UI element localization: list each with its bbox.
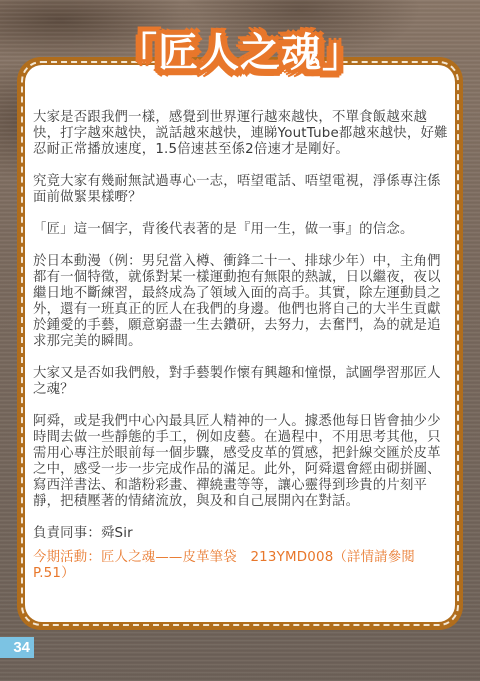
article-body: 大家是否跟我們一樣，感覺到世界運行越來越快，不單食飯越來越快，打字越來越快，説話… <box>33 110 449 598</box>
paragraph-question: 究竟大家有幾耐無試過專心一志，唔望電話、唔望電視，淨係專注係面前做緊果樣嘢？ <box>33 174 449 206</box>
paragraph-ah-shun: 阿舜，或是我們中心內最具匠人精神的一人。據悉他每日皆會抽少少時間去做一些靜態的手… <box>33 414 449 510</box>
paragraph-invitation: 大家又是否如我們般，對手藝製作懷有興趣和憧憬，試圖學習那匠人之魂？ <box>33 366 449 398</box>
page-title: 「匠人之魂」 <box>117 29 363 77</box>
activity-info: 今期活動：匠人之魂——皮革筆袋 213YMD008（詳情請參閱P.51） <box>33 550 449 582</box>
paragraph-anime-example: 於日本動漫（例：男兒當入樽、衝鋒二十一、排球少年）中，主角們都有一個特徵，就係對… <box>33 254 449 350</box>
page-number-badge: 34 <box>0 637 34 658</box>
staff-in-charge: 負責同事：舜Sir <box>33 526 449 542</box>
paragraph-intro: 大家是否跟我們一樣，感覺到世界運行越來越快，不單食飯越來越快，打字越來越快，説話… <box>33 110 449 158</box>
paragraph-craftsman-meaning: 「匠」這一個字，背後代表著的是『用一生，做一事』的信念。 <box>33 222 449 238</box>
title-banner: 「匠人之魂」 <box>0 25 480 81</box>
